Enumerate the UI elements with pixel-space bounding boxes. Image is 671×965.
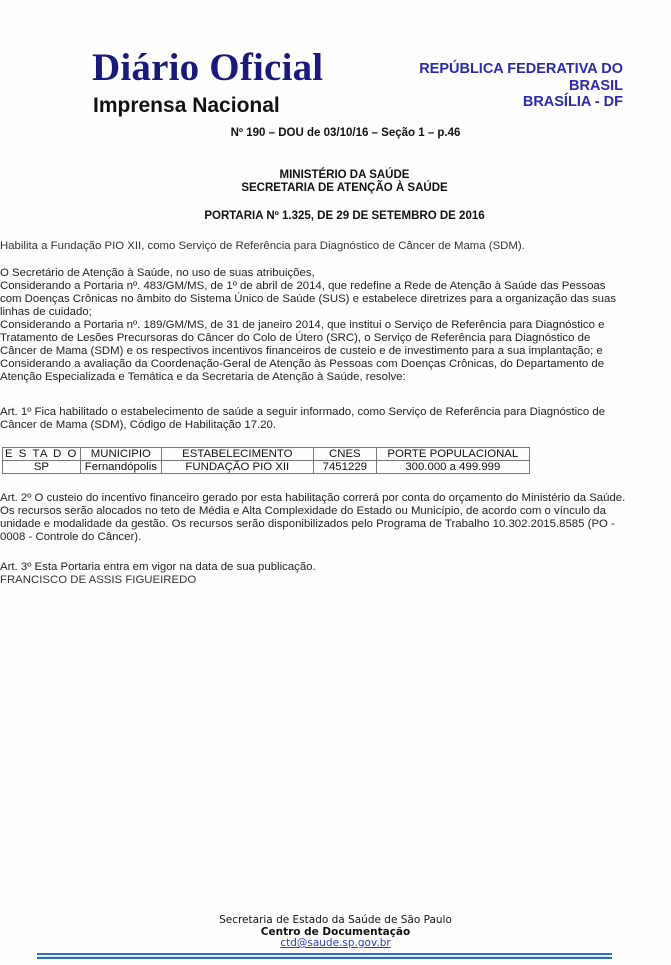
article-2-line: 0008 - Controle do Câncer).: [0, 531, 640, 544]
cell-estado: SP: [3, 461, 81, 474]
preamble-line: Tratamento de Lesões Precursoras do Cânc…: [0, 332, 640, 345]
ministry-header: MINISTÉRIO DA SAÚDE SECRETARIA DE ATENÇÃ…: [0, 169, 671, 195]
preamble-line: Considerando a avaliação da Coordenação-…: [0, 358, 640, 371]
summary-text: Habilita a Fundação PIO XII, como Serviç…: [0, 240, 640, 253]
preamble-line: O Secretário de Atenção à Saúde, no uso …: [0, 267, 640, 280]
republic-line-3: BRASÍLIA - DF: [419, 94, 623, 111]
cell-cnes: 7451229: [313, 461, 376, 474]
footer-divider-highlight: [37, 956, 612, 957]
ministry-name: MINISTÉRIO DA SAÚDE: [18, 169, 671, 182]
table-row: SP Fernandópolis FUNDAÇÃO PIO XII 745122…: [3, 461, 530, 474]
masthead-title: Diário Oficial: [92, 48, 323, 87]
preamble-line: linhas de cuidado;: [0, 306, 640, 319]
article-2-line: Os recursos serão alocados no teto de Mé…: [0, 505, 640, 518]
cell-municipio: Fernandópolis: [80, 461, 161, 474]
footer-org: Secretaria de Estado da Saúde de São Pau…: [0, 915, 671, 927]
article-1: Art. 1º Fica habilitado o estabeleciment…: [0, 406, 640, 432]
article-1-line: Art. 1º Fica habilitado o estabeleciment…: [0, 406, 640, 419]
signer-name: FRANCISCO DE ASSIS FIGUEIREDO: [0, 574, 640, 587]
footer-email-link[interactable]: ctd@saude.sp.gov.br: [280, 937, 390, 949]
republic-line-1: REPÚBLICA FEDERATIVA DO: [419, 61, 623, 78]
cell-porte: 300.000 a 499.999: [376, 461, 529, 474]
header-estado: E S TA D O: [3, 448, 81, 461]
article-1-line: Câncer de Mama (SDM), Código de Habilita…: [0, 419, 640, 432]
masthead-subtitle: Imprensa Nacional: [93, 95, 280, 116]
preamble-line: Câncer de Mama (SDM) e os respectivos in…: [0, 345, 640, 358]
preamble-line: Atenção Especializada e Temática e da Se…: [0, 371, 640, 384]
article-3: Art. 3º Esta Portaria entra em vigor na …: [0, 561, 640, 574]
republic-line-2: BRASIL: [419, 78, 623, 95]
edition-line: Nº 190 – DOU de 03/10/16 – Seção 1 – p.4…: [0, 127, 671, 139]
habilitation-table: E S TA D O MUNICIPIO ESTABELECIMENTO CNE…: [2, 447, 530, 474]
header-cnes: CNES: [313, 448, 376, 461]
secretariat-name: SECRETARIA DE ATENÇÃO À SAÚDE: [18, 182, 671, 195]
footer: Secretaria de Estado da Saúde de São Pau…: [0, 915, 671, 950]
republic-header: REPÚBLICA FEDERATIVA DO BRASIL BRASÍLIA …: [419, 61, 623, 111]
preamble-line: com Doenças Crônicas no âmbito do Sistem…: [0, 293, 640, 306]
footer-divider: [37, 953, 612, 955]
header-porte: PORTE POPULACIONAL: [376, 448, 529, 461]
preamble: O Secretário de Atenção à Saúde, no uso …: [0, 267, 640, 384]
preamble-line: Considerando a Portaria nº. 483/GM/MS, d…: [0, 280, 640, 293]
article-2-line: unidade e modalidade da gestão. Os recur…: [0, 518, 640, 531]
portaria-title: PORTARIA Nº 1.325, DE 29 DE SETEMBRO DE …: [0, 210, 671, 222]
header-estabelecimento: ESTABELECIMENTO: [161, 448, 313, 461]
header-municipio: MUNICIPIO: [80, 448, 161, 461]
article-2: Art. 2º O custeio do incentivo financeir…: [0, 492, 640, 544]
cell-estabelecimento: FUNDAÇÃO PIO XII: [161, 461, 313, 474]
preamble-line: Considerando a Portaria nº. 189/GM/MS, d…: [0, 319, 640, 332]
table-header-row: E S TA D O MUNICIPIO ESTABELECIMENTO CNE…: [3, 448, 530, 461]
article-2-line: Art. 2º O custeio do incentivo financeir…: [0, 492, 640, 505]
